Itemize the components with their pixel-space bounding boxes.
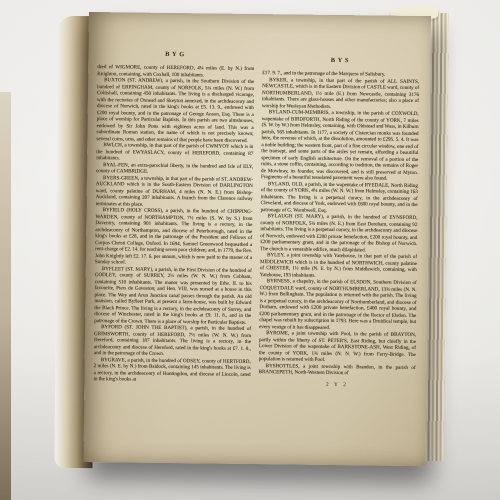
dictionary-entry: BWLCH, a township, in that part of the p… — [96, 142, 253, 163]
dictionary-entry: BYKER, a township, in that part of the p… — [262, 77, 419, 111]
dictionary-entry: BYERS-GREEN, a township, in that part of… — [96, 175, 253, 209]
dictionary-entry: BYSHOTTLES, a joint township with Brando… — [259, 363, 416, 378]
running-head-right: BYS — [262, 56, 419, 65]
dictionary-entry: BYLAND-CUM-MEMBRIS, a township, in the p… — [261, 109, 419, 182]
dictionary-entry: BYFLEET (ST. MARY), a parish, in the Fir… — [94, 266, 252, 326]
text-column-left: BYG dred of WIGMORE, county of HEREFORD,… — [93, 50, 255, 440]
dictionary-entry: BYLAND, OLD, a parish, in the wapentake … — [261, 181, 418, 215]
dictionary-entry: BYGRAVE, a parish, in the hundred of ODS… — [93, 357, 250, 385]
dictionary-entry: BUXTON (ST. ANDREW), a parish, in the So… — [96, 77, 254, 144]
book-page: BYG dred of WIGMORE, county of HEREFORD,… — [84, 12, 431, 466]
dictionary-entry: BYROME, a joint township with Pool, in t… — [259, 330, 416, 364]
running-head-left: BYG — [97, 50, 254, 59]
dictionary-entry: BYLAUGH (ST. MARY), a parish, in the hun… — [260, 213, 417, 254]
facing-page-edge — [0, 92, 11, 500]
text-column-right: BYS £17. 9. 7., and in the patronage of … — [258, 52, 420, 442]
signature-mark: 2 Y 2 — [258, 381, 415, 389]
dictionary-entry: BYFORD (ST. JOHN THE BAPTIST), a parish,… — [94, 324, 251, 358]
dictionary-entry: BYAL-FEN, an extra-parochial liberty, in… — [96, 162, 253, 177]
page-content: BYG dred of WIGMORE, county of HEREFORD,… — [93, 50, 420, 442]
entries-left: dred of WIGMORE, county of HEREFORD, 4¼ … — [93, 64, 254, 384]
dictionary-entry: BYRNESS, a chapelry, in the parish of EL… — [259, 278, 417, 332]
photo-background: BYG dred of WIGMORE, county of HEREFORD,… — [0, 0, 500, 500]
dictionary-entry: BYLEY, a joint township with Yatehouse, … — [260, 252, 417, 280]
entries-right: £17. 9. 7., and in the patronage of the … — [259, 70, 420, 377]
dictionary-entry: BYFIELD (HOLY CROSS), a parish, in the h… — [95, 207, 253, 267]
